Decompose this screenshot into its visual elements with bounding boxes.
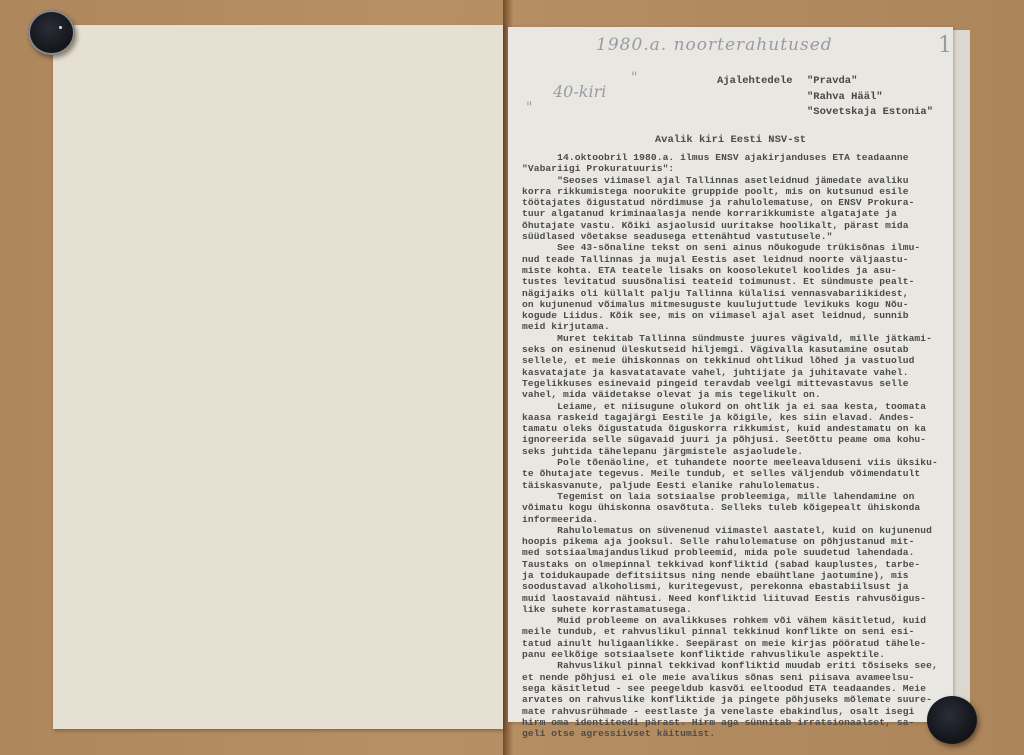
letter-line: ja toidukaupade defitsiitsus ning nende … <box>522 570 947 581</box>
letter-line: sega käsitletud - see peegeldub kasvõi e… <box>522 683 947 694</box>
pushpin-icon <box>28 10 75 55</box>
letter-line: hirm oma identiteedi pärast. Hirm aga sü… <box>522 717 947 728</box>
letter-line: te õhutajate tegevus. Meile tundub, et s… <box>522 468 947 479</box>
addressee-item: "Pravda" <box>807 75 857 87</box>
addressee-item: "Sovetskaja Estonia" <box>807 106 933 118</box>
handwritten-quote-mark: " <box>631 70 637 86</box>
letter-line: tatud ainult huligaanlikke. Seepärast on… <box>522 638 947 649</box>
letter-line: ignoreerida selle sügavaid juuri ja põhj… <box>522 434 947 445</box>
letter-line: geli otse agressiivset käitumist. <box>522 728 947 739</box>
letter-line: on kujunenud võimalus mitmesuguste kuulu… <box>522 299 947 310</box>
handwritten-top-note: 1980.a. noorterahutused <box>596 35 833 55</box>
letter-line: Rahulolematus on süvenenud viimastel aas… <box>522 525 947 536</box>
letter-line: kasvatajate ja kasvatatavate vahel, juht… <box>522 367 947 378</box>
letter-line: seks on esinenud üleskutseid hiljemgi. V… <box>522 344 947 355</box>
letter-line: like suhete korrastamatusega. <box>522 604 947 615</box>
pushpin-icon <box>927 696 977 744</box>
letter-line: mate rahvusrühmade - eestlaste ja venela… <box>522 706 947 717</box>
letter-line: korra rikkumistega noorukite gruppide po… <box>522 186 947 197</box>
addressee-prefix: Ajalehtedele <box>717 74 807 90</box>
letter-line: Tegelikkuses esinevaid pingeid teravdab … <box>522 378 947 389</box>
typed-letter-page: 1980.a. noorterahutused 1 40-kiri " " Aj… <box>508 27 953 722</box>
addressee-item: "Rahva Hääl" <box>807 91 883 103</box>
letter-line: informeerida. <box>522 514 947 525</box>
letter-line: meile tundub, et rahvuslikul pinnal tekk… <box>522 626 947 637</box>
letter-line: Taustaks on olmepinnal tekkivad konflikt… <box>522 559 947 570</box>
letter-line: tustes levitatud suusõnalisi teateid toi… <box>522 276 947 287</box>
letter-line: kogude Liidus. Kõik see, mis on viimasel… <box>522 310 947 321</box>
letter-line: Tegemist on laia sotsiaalse probleemiga,… <box>522 491 947 502</box>
letter-line: tuur algatanud kriminaalasja nende korra… <box>522 208 947 219</box>
letter-line: kaasa raskeid tagajärgi Eestile ja kõigi… <box>522 412 947 423</box>
letter-line: meid kirjutama. <box>522 321 947 332</box>
letter-line: täiskasvanute, paljude Eesti elanike rah… <box>522 480 947 491</box>
letter-line: muid laostavaid nähtusi. Need konfliktid… <box>522 593 947 604</box>
letter-line: seks juhtida tähelepanu järgmistele asja… <box>522 446 947 457</box>
letter-line: Muret tekitab Tallinna sündmuste juures … <box>522 333 947 344</box>
letter-line: töötajates õigustatud nördimuse ja rahul… <box>522 197 947 208</box>
blank-page-left <box>53 25 503 729</box>
addressee-block: Ajalehtedele"Pravda" "Rahva Hääl" "Sovet… <box>717 74 933 121</box>
handwritten-margin-note: 40-kiri <box>553 82 606 101</box>
letter-line: soodustavad alkoholismi, kuritegevust, p… <box>522 581 947 592</box>
letter-line: hoopis pikema aja jooksul. Selle rahulol… <box>522 536 947 547</box>
letter-line: Rahvuslikul pinnal tekkivad konfliktid m… <box>522 660 947 671</box>
letter-line: nägijaiks oli küllalt palju Tallinna kül… <box>522 288 947 299</box>
letter-line: Muid probleeme on avalikkuses rohkem või… <box>522 615 947 626</box>
letter-line: Leiame, et niisugune olukord on ohtlik j… <box>522 401 947 412</box>
letter-line: 14.oktoobril 1980.a. ilmus ENSV ajakirja… <box>522 152 947 163</box>
letter-line: tamatu oleks õigustatuda õiguskorra rikk… <box>522 423 947 434</box>
letter-line: sellele, et meie ühiskonnas on tekkinud … <box>522 355 947 366</box>
letter-line: Pole tõenäoline, et tuhandete noorte mee… <box>522 457 947 468</box>
letter-line: vahel, mida väidetakse olevat ja mis teg… <box>522 389 947 400</box>
letter-line: võimatu kogu ühiskonna osavõtuta. Sellek… <box>522 502 947 513</box>
letter-line: miste kohta. ETA teatele lisaks on kooso… <box>522 265 947 276</box>
handwritten-quote-mark: " <box>526 100 532 116</box>
letter-line: "Vabariigi Prokuratuuris": <box>522 163 947 174</box>
letter-title: Avalik kiri Eesti NSV-st <box>508 134 953 146</box>
letter-line: "Seoses viimasel ajal Tallinnas asetleid… <box>522 175 947 186</box>
letter-line: See 43-sõnaline tekst on seni ainus nõuk… <box>522 242 947 253</box>
letter-line: et nende põhjusi ei ole meie avalikus sõ… <box>522 672 947 683</box>
letter-body: 14.oktoobril 1980.a. ilmus ENSV ajakirja… <box>522 152 947 739</box>
letter-line: õhutajate vastu. Kõiki asjaolusid uurita… <box>522 220 947 231</box>
handwritten-page-number: 1 <box>938 33 952 58</box>
letter-line: süüdlased võetakse seadusega ettenähtud … <box>522 231 947 242</box>
letter-line: arvates on rahvuslike konfliktide ja pin… <box>522 694 947 705</box>
letter-line: panu eelkõige sotsiaalsete konfliktide r… <box>522 649 947 660</box>
letter-line: nud teade Tallinnas ja mujal Eestis aset… <box>522 254 947 265</box>
letter-line: med sotsiaalmajanduslikud probleemid, mi… <box>522 547 947 558</box>
